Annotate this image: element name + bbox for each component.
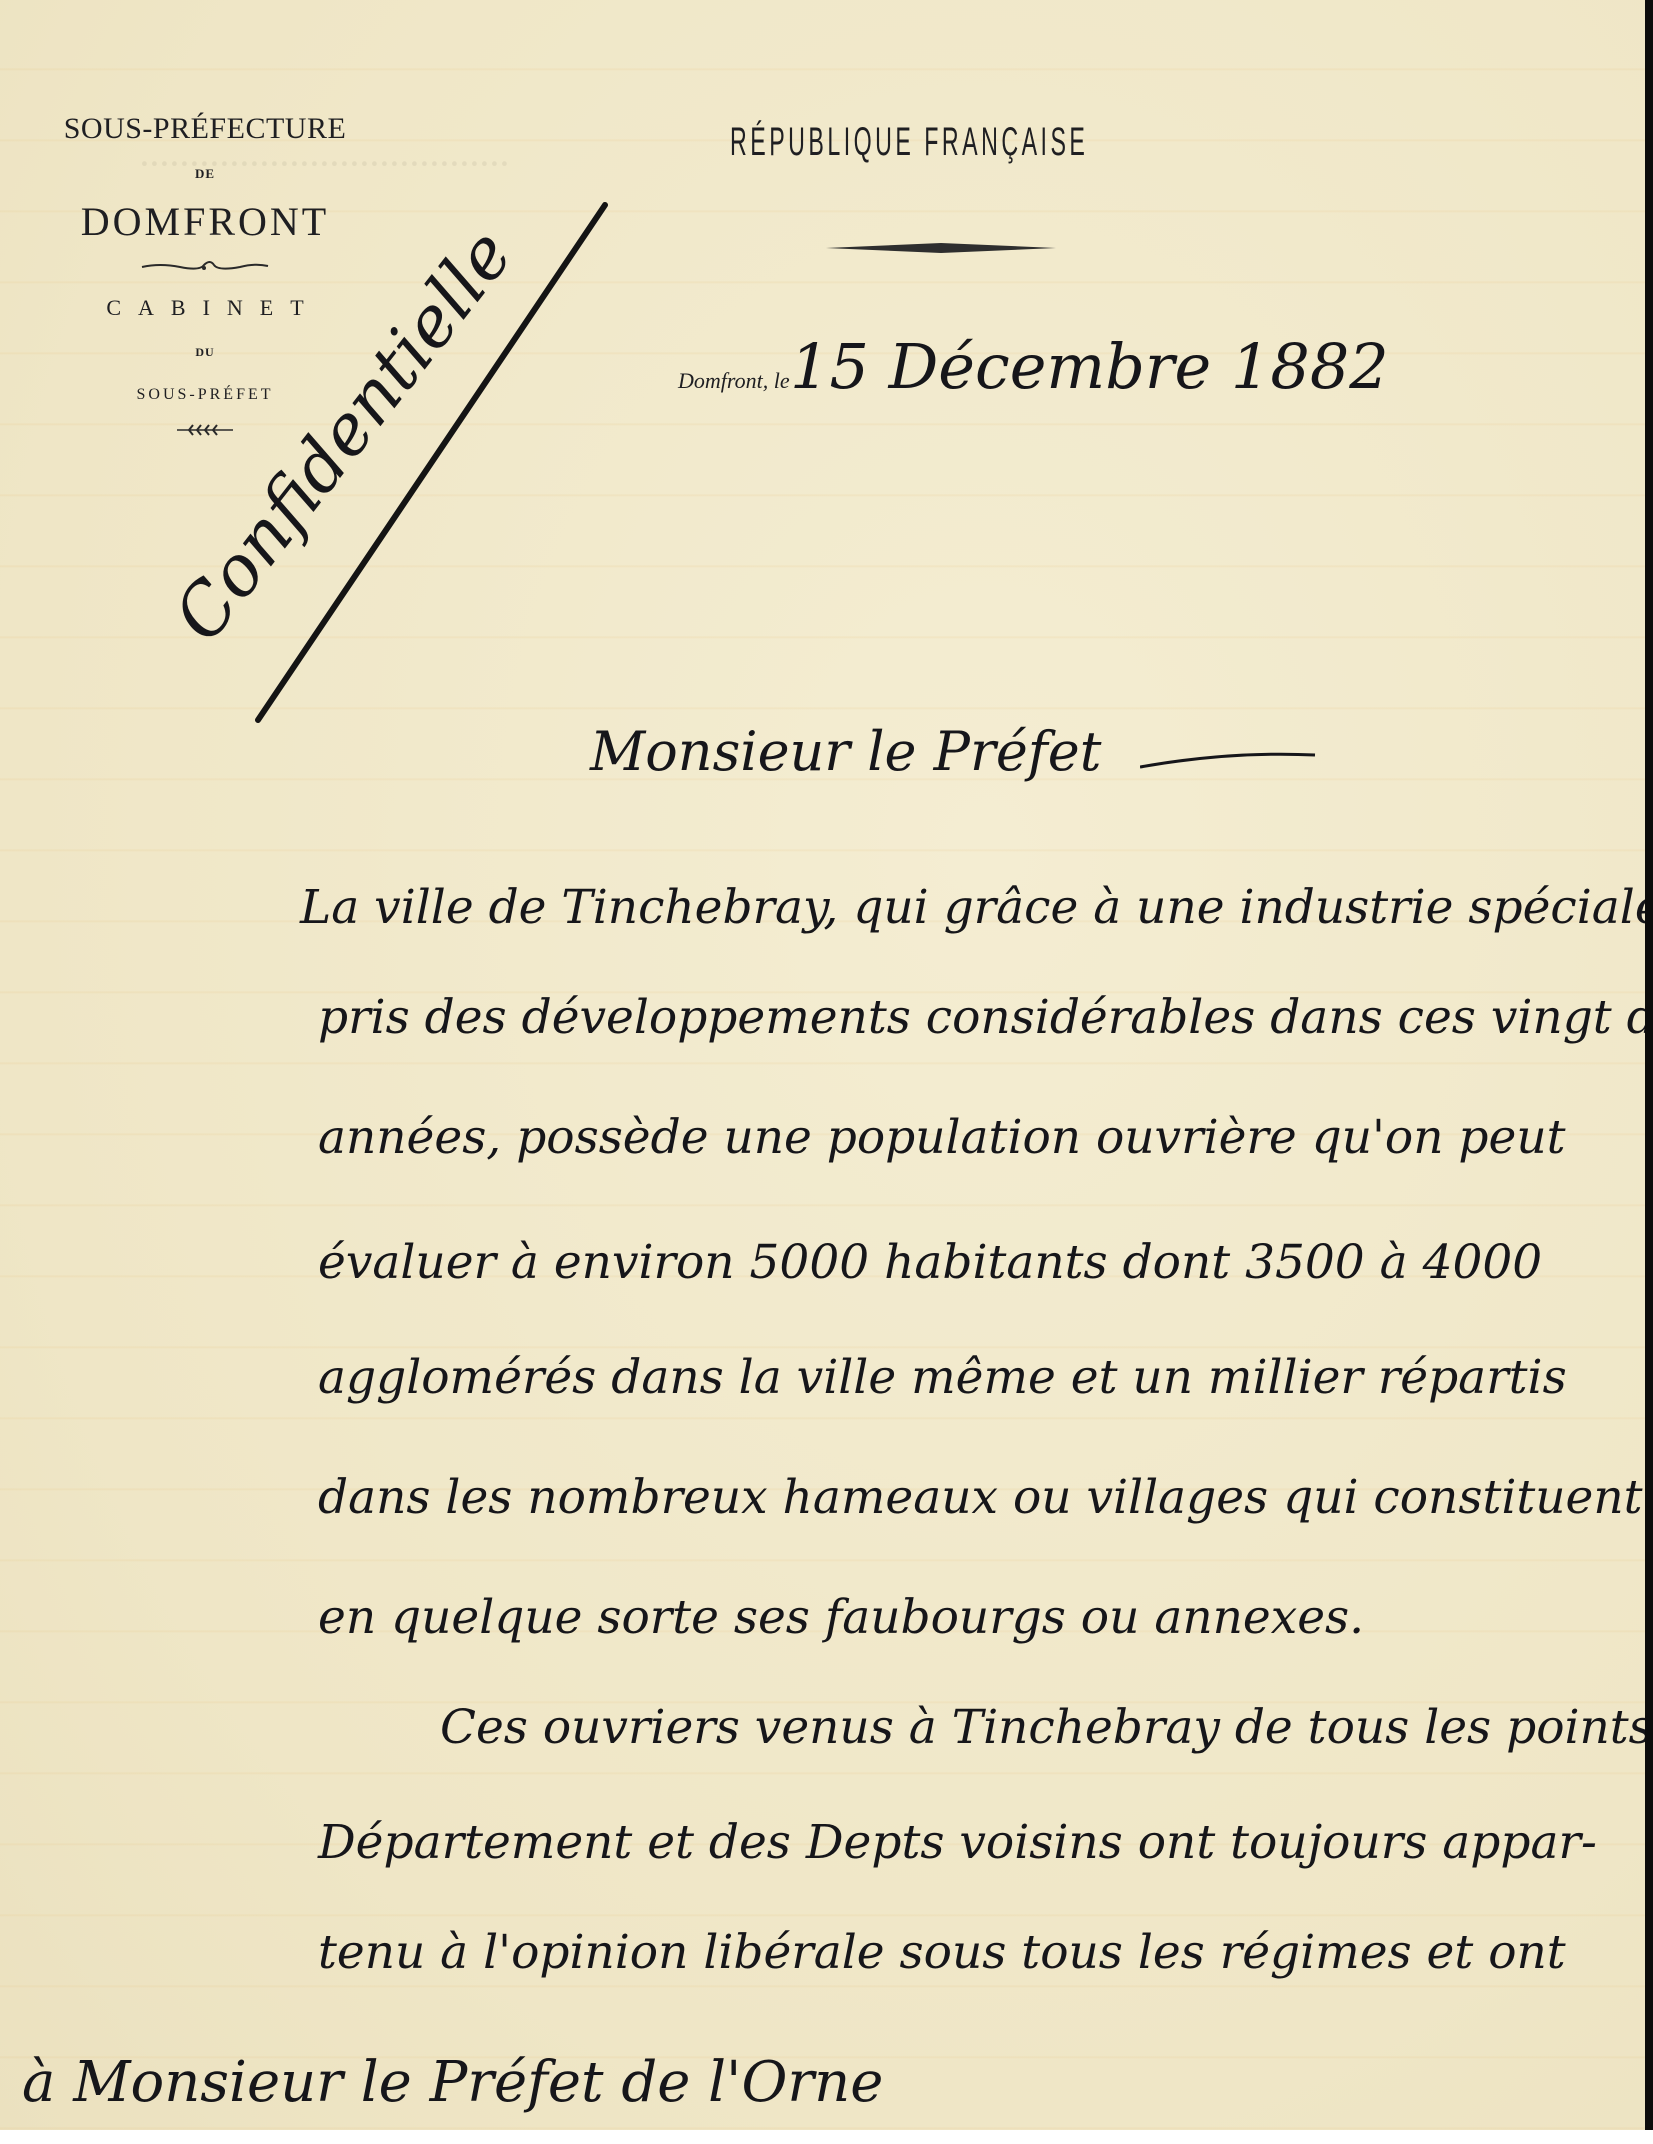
letterhead-republique-francaise: RÉPUBLIQUE FRANÇAISE [730,120,1088,165]
scan-edge-bottom [0,2130,1653,2144]
body-line-10: tenu à l'opinion libérale sous tous les … [318,1925,1566,1980]
body-line-6: dans les nombreux hameaux ou villages qu… [318,1470,1643,1525]
handwritten-date: 15 Décembre 1882 [790,330,1389,403]
body-line-3: années, possède une population ouvrière … [318,1110,1565,1165]
addressee-line: à Monsieur le Préfet de l'Orne [22,2050,883,2115]
body-line-7: en quelque sorte ses faubourgs ou annexe… [318,1590,1364,1645]
salutation: Monsieur le Préfet [590,720,1101,783]
body-line-1: La ville de Tinchebray, qui grâce à une … [300,880,1653,935]
body-line-2: pris des développements considérables da… [318,990,1653,1045]
body-line-5: agglomérés dans la ville même et un mill… [318,1350,1567,1405]
body-line-4: évaluer à environ 5000 habitants dont 35… [318,1235,1542,1290]
salutation-flourish [1140,745,1320,775]
letter-page: ····································· SO… [0,0,1645,2130]
body-line-9: Département et des Depts voisins ont tou… [318,1815,1597,1870]
diamond-rule-ornament-icon [826,240,1056,256]
body-line-8: Ces ouvriers venus à Tinchebray de tous … [440,1700,1653,1755]
scan-edge-right [1645,0,1653,2144]
